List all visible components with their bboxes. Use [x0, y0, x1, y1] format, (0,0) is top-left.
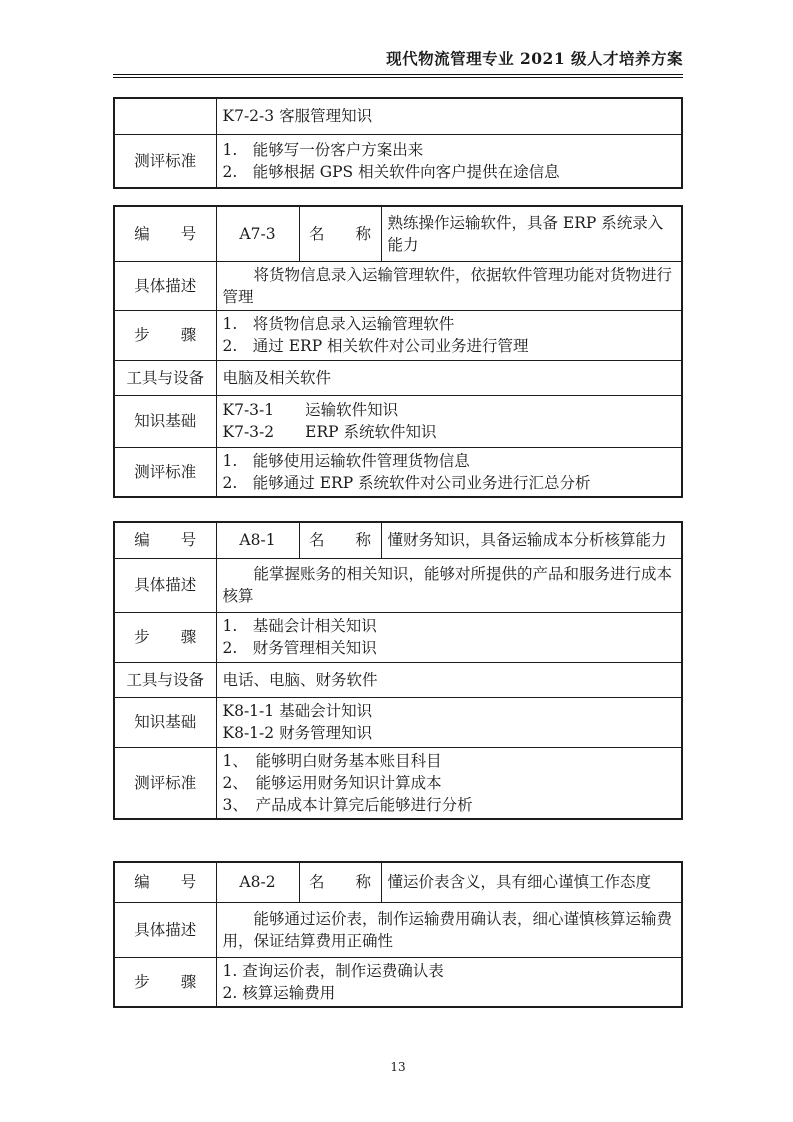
competency-table-a8-2: 编 号 A8-2 名 称 懂运价表含义，具有细心谨慎工作态度 具体描述 能够通过…	[113, 861, 683, 1008]
row-label-cell	[114, 98, 216, 134]
row-value-cell: K8-1-1 基础会计知识 K8-1-2 财务管理知识	[216, 697, 682, 747]
row-label: 具体描述	[134, 576, 196, 594]
id-label-cell: 编 号	[114, 522, 216, 558]
row-value-cell: 电话、电脑、财务软件	[216, 662, 682, 697]
row-value-cell: 能掌握账务的相关知识，能够对所提供的产品和服务进行成本核算	[216, 558, 682, 612]
row-label: 测评标准	[134, 774, 196, 792]
row-value-cell: 1. 能够写一份客户方案出来 2. 能够根据 GPS 相关软件向客户提供在途信息	[216, 134, 682, 188]
row-label: 步 骤	[134, 326, 196, 344]
table-header-row: 编 号 A8-1 名 称 懂财务知识，具备运输成本分析核算能力	[114, 522, 682, 558]
row-value-cell: 1. 基础会计相关知识 2. 财务管理相关知识	[216, 612, 682, 662]
row-label: 具体描述	[134, 277, 196, 295]
page-content: 现代物流管理专业 2021 级人才培养方案 K7-2-3 客服管理知识 测评标准…	[113, 0, 683, 1074]
row-label-cell: 具体描述	[114, 902, 216, 957]
row-label: 步 骤	[134, 628, 196, 646]
id-label: 编 号	[134, 225, 196, 243]
table-row: 具体描述 将货物信息录入运输管理软件，依据软件管理功能对货物进行管理	[114, 261, 682, 310]
table-row: 测评标准 1. 能够写一份客户方案出来 2. 能够根据 GPS 相关软件向客户提…	[114, 134, 682, 188]
row-value-cell: K7-2-3 客服管理知识	[216, 98, 682, 134]
id-value-cell: A7-3	[216, 206, 299, 261]
table-row: 测评标准 1、 能够明白财务基本账目科目 2、 能够运用财务知识计算成本 3、 …	[114, 747, 682, 819]
row-label: 测评标准	[134, 463, 196, 481]
name-label-cell: 名 称	[299, 522, 381, 558]
row-value: K7-2-3 客服管理知识	[223, 105, 678, 127]
table-row: 步 骤 1. 将货物信息录入运输管理软件 2. 通过 ERP 相关软件对公司业务…	[114, 310, 682, 360]
row-label-cell: 测评标准	[114, 447, 216, 497]
table-row: 测评标准 1. 能够使用运输软件管理货物信息 2. 能够通过 ERP 系统软件对…	[114, 447, 682, 497]
name-label: 名 称	[309, 873, 371, 891]
row-value-cell: 1. 将货物信息录入运输管理软件 2. 通过 ERP 相关软件对公司业务进行管理	[216, 310, 682, 360]
table-row: 步 骤 1. 基础会计相关知识 2. 财务管理相关知识	[114, 612, 682, 662]
row-value: 能掌握账务的相关知识，能够对所提供的产品和服务进行成本核算	[223, 563, 678, 607]
row-label-cell: 步 骤	[114, 612, 216, 662]
name-label-cell: 名 称	[299, 862, 381, 902]
table-row: 具体描述 能掌握账务的相关知识，能够对所提供的产品和服务进行成本核算	[114, 558, 682, 612]
table-row: 工具与设备 电脑及相关软件	[114, 360, 682, 395]
competency-table-a8-1: 编 号 A8-1 名 称 懂财务知识，具备运输成本分析核算能力 具体描述 能掌握…	[113, 521, 683, 820]
name-value: 熟练操作运输软件，具备 ERP 系统录入能力	[388, 212, 678, 256]
row-value: 将货物信息录入运输管理软件，依据软件管理功能对货物进行管理	[223, 264, 678, 308]
row-value: 能够通过运价表，制作运输费用确认表，细心谨慎核算运输费用，保证结算费用正确性	[223, 908, 678, 952]
row-label-cell: 具体描述	[114, 261, 216, 310]
row-label-cell: 测评标准	[114, 134, 216, 188]
row-label-cell: 具体描述	[114, 558, 216, 612]
row-label: 步 骤	[134, 973, 196, 991]
table-header-row: 编 号 A7-3 名 称 熟练操作运输软件，具备 ERP 系统录入能力	[114, 206, 682, 261]
header-title: 现代物流管理专业 2021 级人才培养方案	[386, 49, 683, 68]
name-value: 懂财务知识，具备运输成本分析核算能力	[388, 529, 678, 551]
table-row: 知识基础 K7-3-1 运输软件知识 K7-3-2 ERP 系统软件知识	[114, 395, 682, 447]
row-label-cell: 步 骤	[114, 310, 216, 360]
row-value: 1. 基础会计相关知识 2. 财务管理相关知识	[223, 615, 678, 659]
row-value: 电脑及相关软件	[223, 367, 678, 389]
row-value-cell: K7-3-1 运输软件知识 K7-3-2 ERP 系统软件知识	[216, 395, 682, 447]
row-value: 1. 查询运价表，制作运费确认表 2. 核算运输费用	[223, 960, 678, 1004]
name-value-cell: 懂财务知识，具备运输成本分析核算能力	[381, 522, 682, 558]
table-row: 工具与设备 电话、电脑、财务软件	[114, 662, 682, 697]
table-row: 知识基础 K8-1-1 基础会计知识 K8-1-2 财务管理知识	[114, 697, 682, 747]
name-value-cell: 懂运价表含义，具有细心谨慎工作态度	[381, 862, 682, 902]
row-value: 1. 能够写一份客户方案出来 2. 能够根据 GPS 相关软件向客户提供在途信息	[223, 139, 678, 183]
row-label: 知识基础	[134, 713, 196, 731]
competency-table-a7-3: 编 号 A7-3 名 称 熟练操作运输软件，具备 ERP 系统录入能力 具体描述…	[113, 205, 683, 498]
row-label-cell: 工具与设备	[114, 662, 216, 697]
document-header: 现代物流管理专业 2021 级人才培养方案	[113, 0, 683, 78]
id-value-cell: A8-2	[216, 862, 299, 902]
row-value: 1、 能够明白财务基本账目科目 2、 能够运用财务知识计算成本 3、 产品成本计…	[223, 750, 678, 816]
name-label: 名 称	[309, 531, 371, 549]
row-value: 1. 将货物信息录入运输管理软件 2. 通过 ERP 相关软件对公司业务进行管理	[223, 313, 678, 357]
row-label-cell: 步 骤	[114, 957, 216, 1007]
row-label: 知识基础	[134, 412, 196, 430]
id-label-cell: 编 号	[114, 862, 216, 902]
id-value-cell: A8-1	[216, 522, 299, 558]
competency-table-k7-2: K7-2-3 客服管理知识 测评标准 1. 能够写一份客户方案出来 2. 能够根…	[113, 97, 683, 189]
id-value: A8-1	[239, 531, 275, 549]
row-value: K7-3-1 运输软件知识 K7-3-2 ERP 系统软件知识	[223, 399, 678, 443]
table-row: 步 骤 1. 查询运价表，制作运费确认表 2. 核算运输费用	[114, 957, 682, 1007]
page-number: 13	[113, 1060, 683, 1074]
id-label: 编 号	[134, 531, 196, 549]
id-value: A7-3	[239, 225, 275, 243]
row-value-cell: 电脑及相关软件	[216, 360, 682, 395]
row-value: K8-1-1 基础会计知识 K8-1-2 财务管理知识	[223, 700, 678, 744]
name-label: 名 称	[309, 225, 371, 243]
row-value: 1. 能够使用运输软件管理货物信息 2. 能够通过 ERP 系统软件对公司业务进…	[223, 450, 678, 494]
name-label-cell: 名 称	[299, 206, 381, 261]
row-label: 测评标准	[134, 152, 196, 170]
table-row: K7-2-3 客服管理知识	[114, 98, 682, 134]
row-value: 电话、电脑、财务软件	[223, 669, 678, 691]
row-value-cell: 将货物信息录入运输管理软件，依据软件管理功能对货物进行管理	[216, 261, 682, 310]
row-value-cell: 1. 能够使用运输软件管理货物信息 2. 能够通过 ERP 系统软件对公司业务进…	[216, 447, 682, 497]
table-row: 具体描述 能够通过运价表，制作运输费用确认表，细心谨慎核算运输费用，保证结算费用…	[114, 902, 682, 957]
row-label-cell: 工具与设备	[114, 360, 216, 395]
row-label-cell: 知识基础	[114, 697, 216, 747]
row-label: 具体描述	[134, 921, 196, 939]
row-value-cell: 1、 能够明白财务基本账目科目 2、 能够运用财务知识计算成本 3、 产品成本计…	[216, 747, 682, 819]
id-value: A8-2	[239, 873, 275, 891]
row-value-cell: 能够通过运价表，制作运输费用确认表，细心谨慎核算运输费用，保证结算费用正确性	[216, 902, 682, 957]
id-label: 编 号	[134, 873, 196, 891]
row-label-cell: 测评标准	[114, 747, 216, 819]
name-value: 懂运价表含义，具有细心谨慎工作态度	[388, 871, 678, 893]
name-value-cell: 熟练操作运输软件，具备 ERP 系统录入能力	[381, 206, 682, 261]
id-label-cell: 编 号	[114, 206, 216, 261]
row-label: 工具与设备	[126, 369, 204, 387]
row-label: 工具与设备	[126, 671, 204, 689]
row-label-cell: 知识基础	[114, 395, 216, 447]
row-value-cell: 1. 查询运价表，制作运费确认表 2. 核算运输费用	[216, 957, 682, 1007]
table-header-row: 编 号 A8-2 名 称 懂运价表含义，具有细心谨慎工作态度	[114, 862, 682, 902]
